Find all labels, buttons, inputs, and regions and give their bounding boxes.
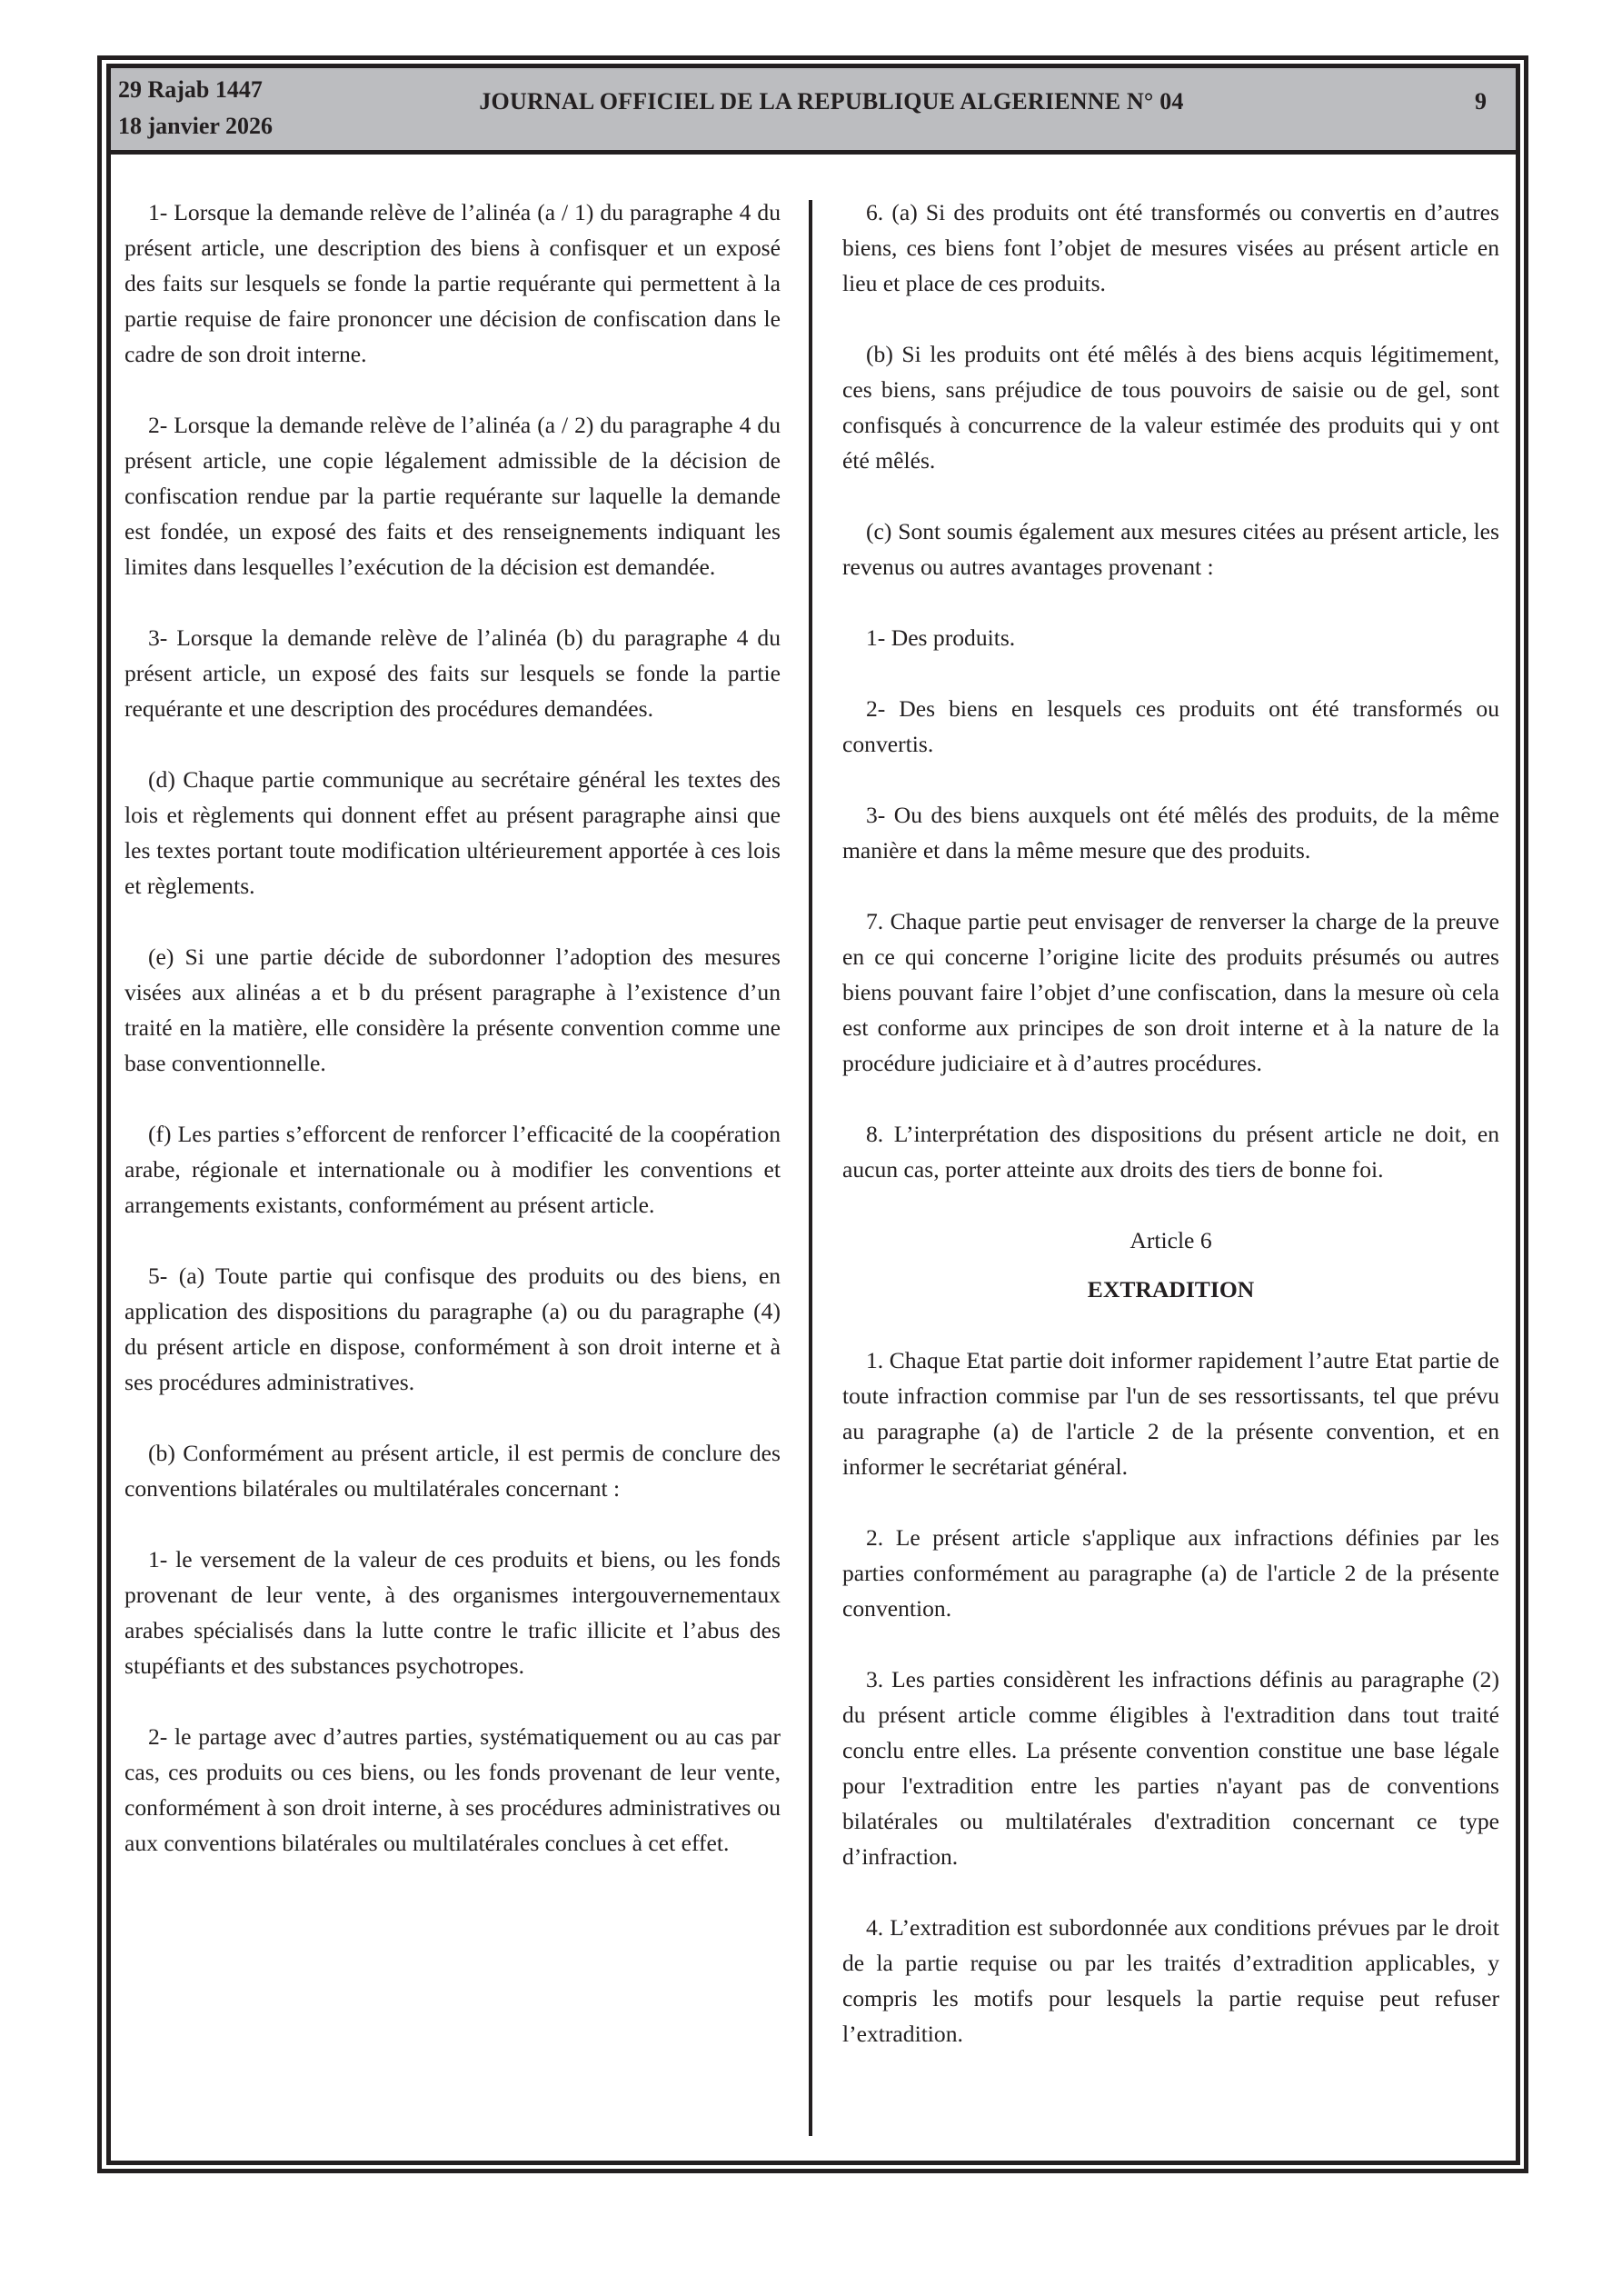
paragraph: 4. L’extradition est subordonnée aux con… [842, 1910, 1499, 2051]
paragraph: 1- le versement de la valeur de ces prod… [124, 1542, 781, 1683]
paragraph: (f) Les parties s’efforcent de renforcer… [124, 1116, 781, 1223]
page-header: 29 Rajab 1447 18 janvier 2026 JOURNAL OF… [111, 68, 1516, 155]
paragraph: 5- (a) Toute partie qui confisque des pr… [124, 1258, 781, 1400]
paragraph: 2- le partage avec d’autres parties, sys… [124, 1719, 781, 1861]
paragraph: (b) Si les produits ont été mêlés à des … [842, 336, 1499, 478]
article-number: Article 6 [842, 1223, 1499, 1258]
journal-title-text: JOURNAL OFFICIEL DE LA REPUBLIQUE ALGERI… [479, 88, 1183, 115]
paragraph: (d) Chaque partie communique au secrétai… [124, 762, 781, 903]
paragraph: 2- Lorsque la demande relève de l’alinéa… [124, 407, 781, 584]
paragraph: 1. Chaque Etat partie doit informer rapi… [842, 1343, 1499, 1484]
page-number: 9 [1475, 88, 1487, 115]
paragraph: 1- Lorsque la demande relève de l’alinéa… [124, 195, 781, 372]
paragraph: 7. Chaque partie peut envisager de renve… [842, 903, 1499, 1081]
paragraph: 3- Lorsque la demande relève de l’alinéa… [124, 620, 781, 726]
right-column: 6. (a) Si des produits ont été transform… [842, 195, 1499, 2051]
paragraph: (e) Si une partie décide de subordonner … [124, 939, 781, 1081]
paragraph: 8. L’interprétation des dispositions du … [842, 1116, 1499, 1187]
column-divider [809, 200, 812, 2136]
paragraph: 2- Des biens en lesquels ces produits on… [842, 691, 1499, 762]
paragraph: (c) Sont soumis également aux mesures ci… [842, 514, 1499, 584]
paragraph: 3- Ou des biens auxquels ont été mêlés d… [842, 797, 1499, 868]
paragraph: 3. Les parties considèrent les infractio… [842, 1662, 1499, 1874]
article-title: EXTRADITION [842, 1272, 1499, 1307]
journal-title: JOURNAL OFFICIEL DE LA REPUBLIQUE ALGERI… [111, 88, 1516, 115]
paragraph: 2. Le présent article s'applique aux inf… [842, 1520, 1499, 1626]
left-column: 1- Lorsque la demande relève de l’alinéa… [124, 195, 781, 1861]
paragraph: (b) Conformément au présent article, il … [124, 1435, 781, 1506]
paragraph: 1- Des produits. [842, 620, 1499, 655]
paragraph: 6. (a) Si des produits ont été transform… [842, 195, 1499, 301]
